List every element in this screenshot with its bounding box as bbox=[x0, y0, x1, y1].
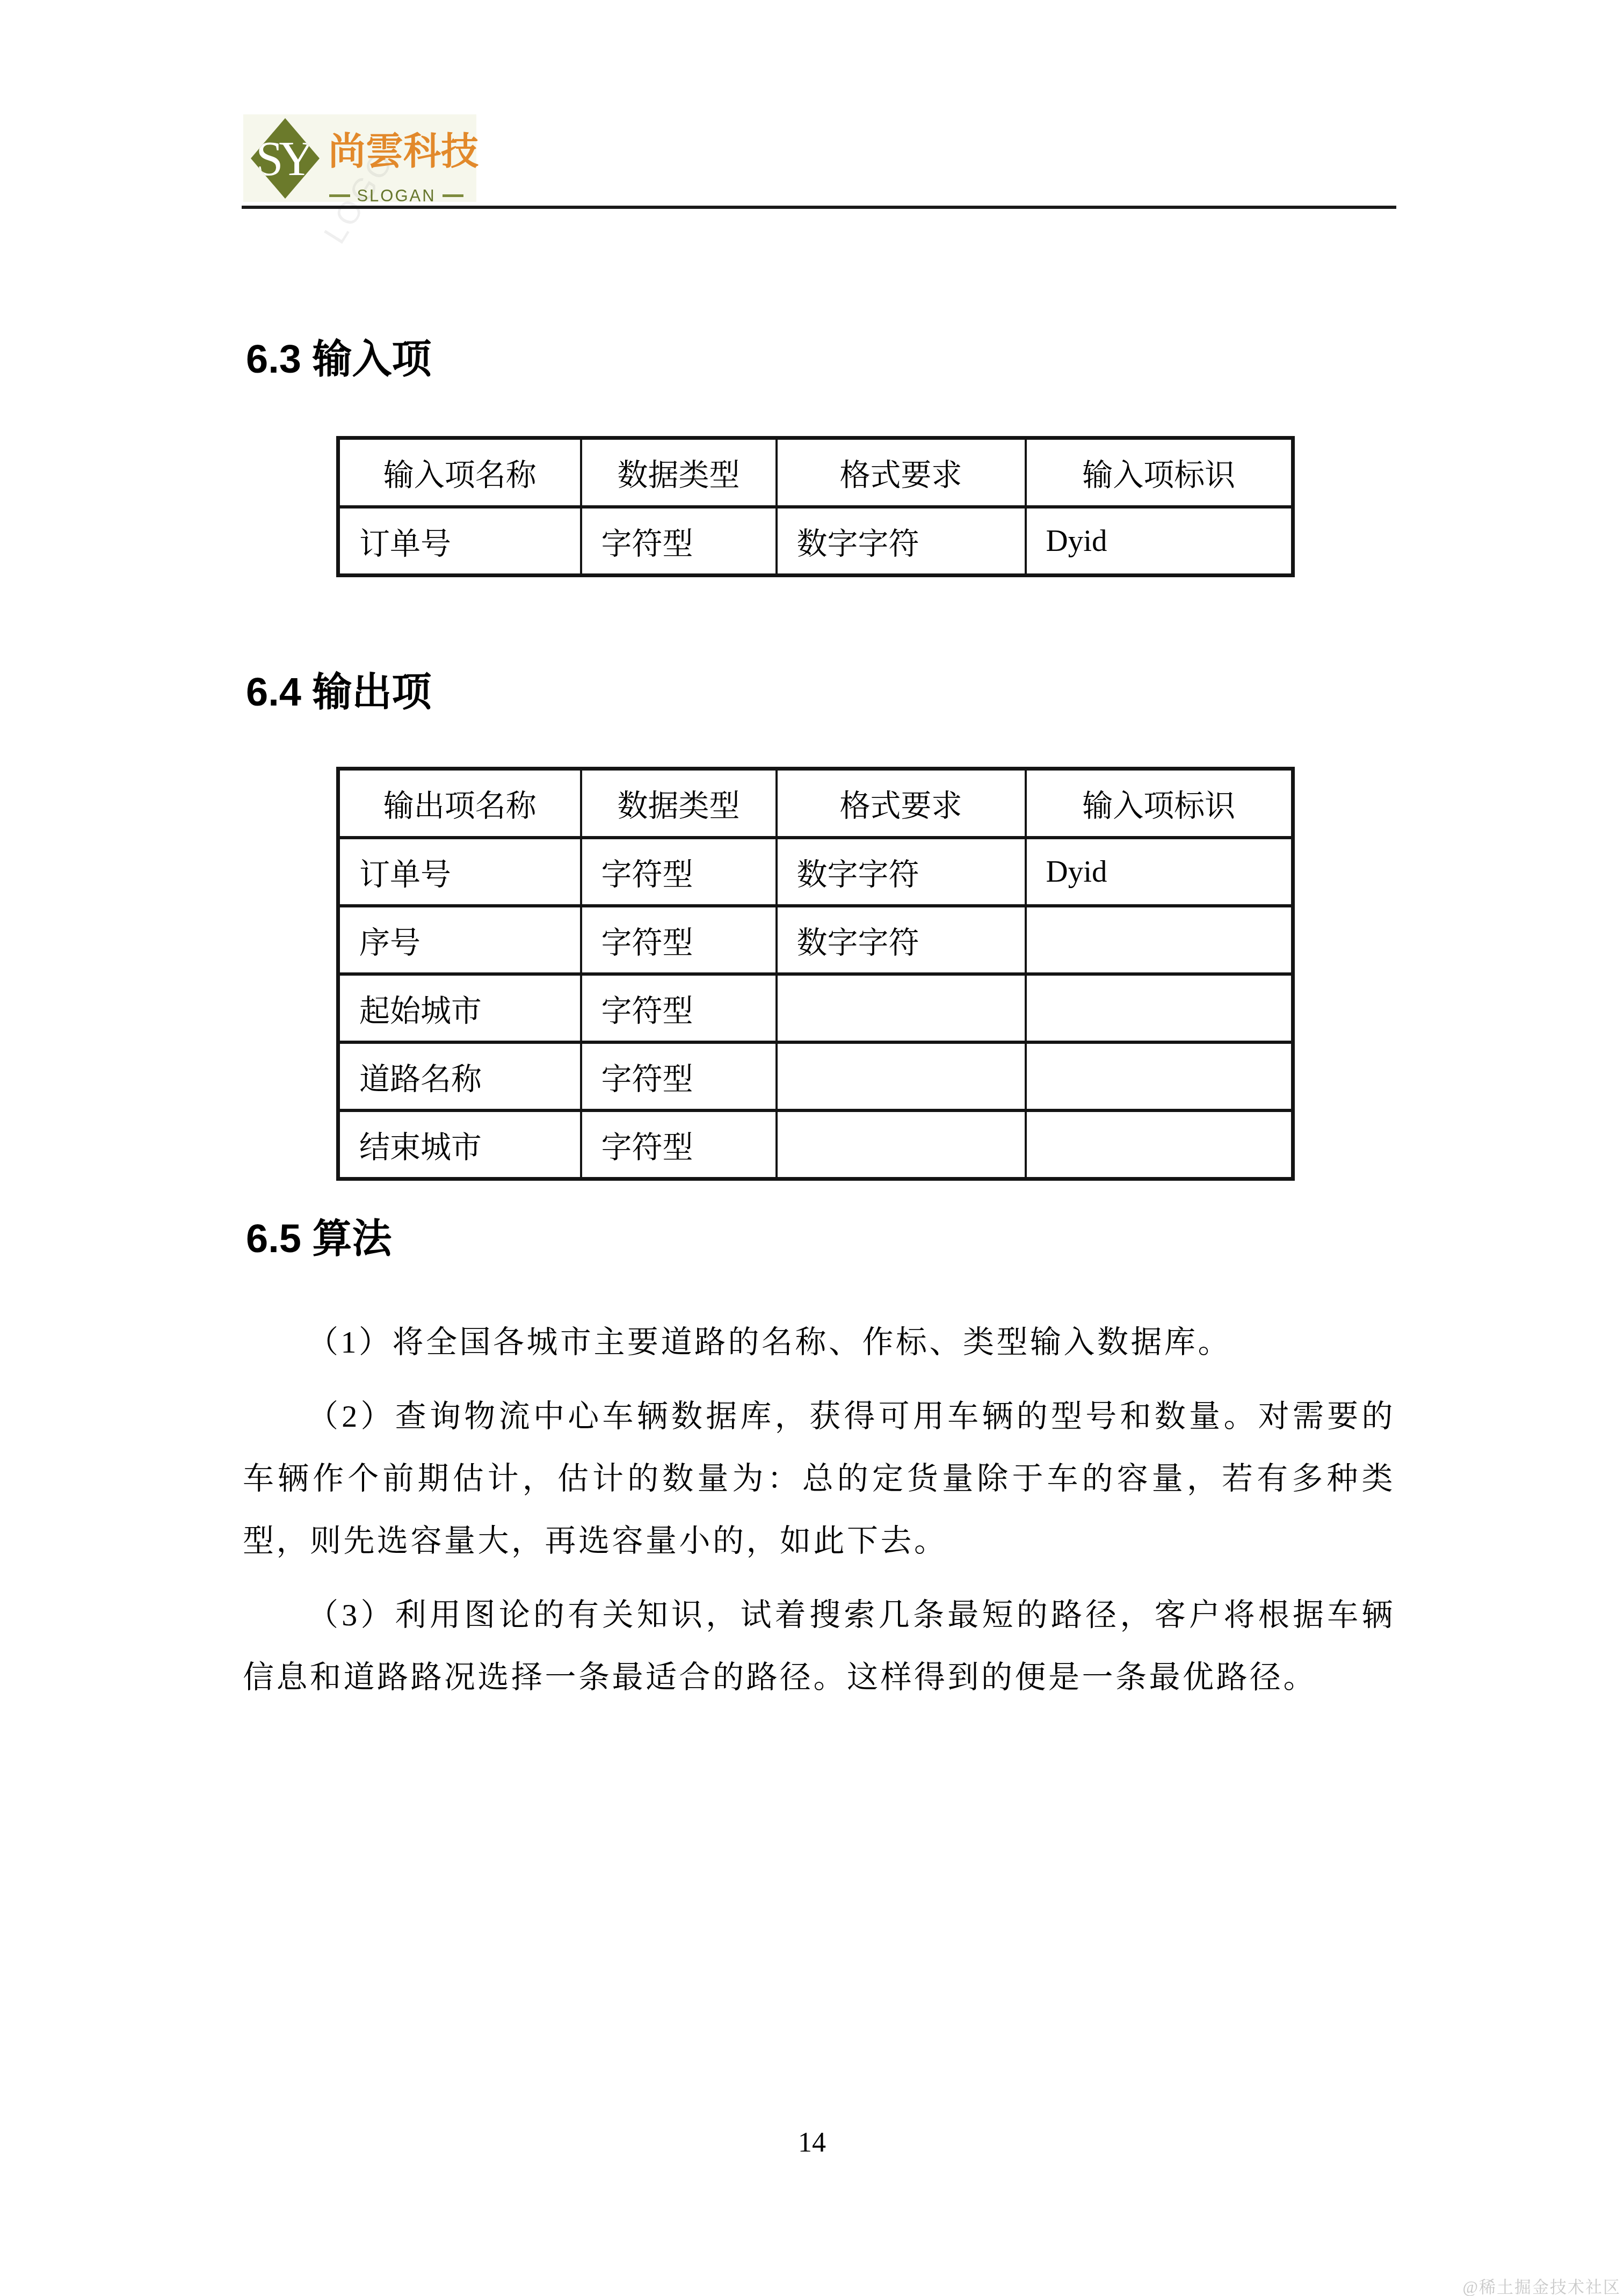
logo-slogan: SLOGAN bbox=[357, 187, 436, 204]
header-divider bbox=[242, 206, 1396, 209]
column-header: 数据类型 bbox=[581, 769, 777, 838]
document-page: LOGO SY 尚雲科技 SLOGAN 6.3 输入项 输入项名称 数据类型 格… bbox=[0, 0, 1624, 2296]
algorithm-step-1: （1）将全国各城市主要道路的名称、作标、类型输入数据库。 bbox=[243, 1311, 1395, 1374]
table-cell: 字符型 bbox=[581, 906, 777, 974]
output-items-table: 输出项名称 数据类型 格式要求 输入项标识 订单号 字符型 数字字符 Dyid … bbox=[336, 767, 1295, 1181]
table-header-row: 输入项名称 数据类型 格式要求 输入项标识 bbox=[338, 438, 1293, 507]
algorithm-step-2: （2）查询物流中心车辆数据库，获得可用车辆的型号和数量。对需要的车辆作个前期估计… bbox=[243, 1385, 1395, 1572]
column-header: 数据类型 bbox=[581, 438, 777, 507]
table-cell: 字符型 bbox=[581, 838, 777, 906]
table-cell: 序号 bbox=[338, 906, 581, 974]
logo-monogram: SY bbox=[256, 134, 315, 183]
table-cell bbox=[1026, 1042, 1293, 1110]
slogan-right-dash bbox=[443, 194, 463, 197]
column-header: 输入项名称 bbox=[338, 438, 581, 507]
table-row: 结束城市 字符型 bbox=[338, 1110, 1293, 1179]
table-cell: 字符型 bbox=[581, 507, 777, 576]
table-cell bbox=[777, 1110, 1026, 1179]
company-logo: LOGO SY 尚雲科技 SLOGAN bbox=[243, 114, 476, 202]
table-row: 序号 字符型 数字字符 bbox=[338, 906, 1293, 974]
table-row: 订单号 字符型 数字字符 Dyid bbox=[338, 507, 1293, 576]
table-cell: 道路名称 bbox=[338, 1042, 581, 1110]
table-row: 起始城市 字符型 bbox=[338, 974, 1293, 1042]
section-title-output: 6.4 输出项 bbox=[246, 670, 431, 714]
table-row: 道路名称 字符型 bbox=[338, 1042, 1293, 1110]
site-watermark: @稀土掘金技术社区 bbox=[1462, 2273, 1621, 2296]
table-cell: 数字字符 bbox=[777, 838, 1026, 906]
table-row: 订单号 字符型 数字字符 Dyid bbox=[338, 838, 1293, 906]
table-cell: 数字字符 bbox=[777, 507, 1026, 576]
column-header: 输入项标识 bbox=[1026, 769, 1293, 838]
table-cell: Dyid bbox=[1026, 838, 1293, 906]
section-title-input: 6.3 输入项 bbox=[246, 337, 431, 381]
table-cell: 字符型 bbox=[581, 1110, 777, 1179]
algorithm-text: （1）将全国各城市主要道路的名称、作标、类型输入数据库。 （2）查询物流中心车辆… bbox=[243, 1311, 1395, 1709]
table-cell: 字符型 bbox=[581, 974, 777, 1042]
column-header: 输入项标识 bbox=[1026, 438, 1293, 507]
section-title-algorithm: 6.5 算法 bbox=[246, 1217, 392, 1260]
table-cell: 数字字符 bbox=[777, 906, 1026, 974]
table-cell: 订单号 bbox=[338, 507, 581, 576]
logo-slogan-row: SLOGAN bbox=[329, 187, 463, 204]
table-cell bbox=[1026, 906, 1293, 974]
column-header: 格式要求 bbox=[777, 769, 1026, 838]
table-cell: 字符型 bbox=[581, 1042, 777, 1110]
table-cell: 起始城市 bbox=[338, 974, 581, 1042]
table-cell bbox=[777, 974, 1026, 1042]
table-header-row: 输出项名称 数据类型 格式要求 输入项标识 bbox=[338, 769, 1293, 838]
table-cell bbox=[777, 1042, 1026, 1110]
slogan-left-dash bbox=[329, 194, 350, 197]
table-cell: 订单号 bbox=[338, 838, 581, 906]
input-items-table: 输入项名称 数据类型 格式要求 输入项标识 订单号 字符型 数字字符 Dyid bbox=[336, 436, 1295, 577]
company-name: 尚雲科技 bbox=[328, 134, 479, 171]
table-cell: 结束城市 bbox=[338, 1110, 581, 1179]
table-cell bbox=[1026, 974, 1293, 1042]
table-cell: Dyid bbox=[1026, 507, 1293, 576]
logo-diamond-icon: SY bbox=[251, 118, 320, 199]
algorithm-step-3: （3）利用图论的有关知识，试着搜索几条最短的路径，客户将根据车辆信息和道路路况选… bbox=[243, 1584, 1395, 1709]
table-cell bbox=[1026, 1110, 1293, 1179]
column-header: 格式要求 bbox=[777, 438, 1026, 507]
column-header: 输出项名称 bbox=[338, 769, 581, 838]
page-number: 14 bbox=[0, 2126, 1624, 2160]
